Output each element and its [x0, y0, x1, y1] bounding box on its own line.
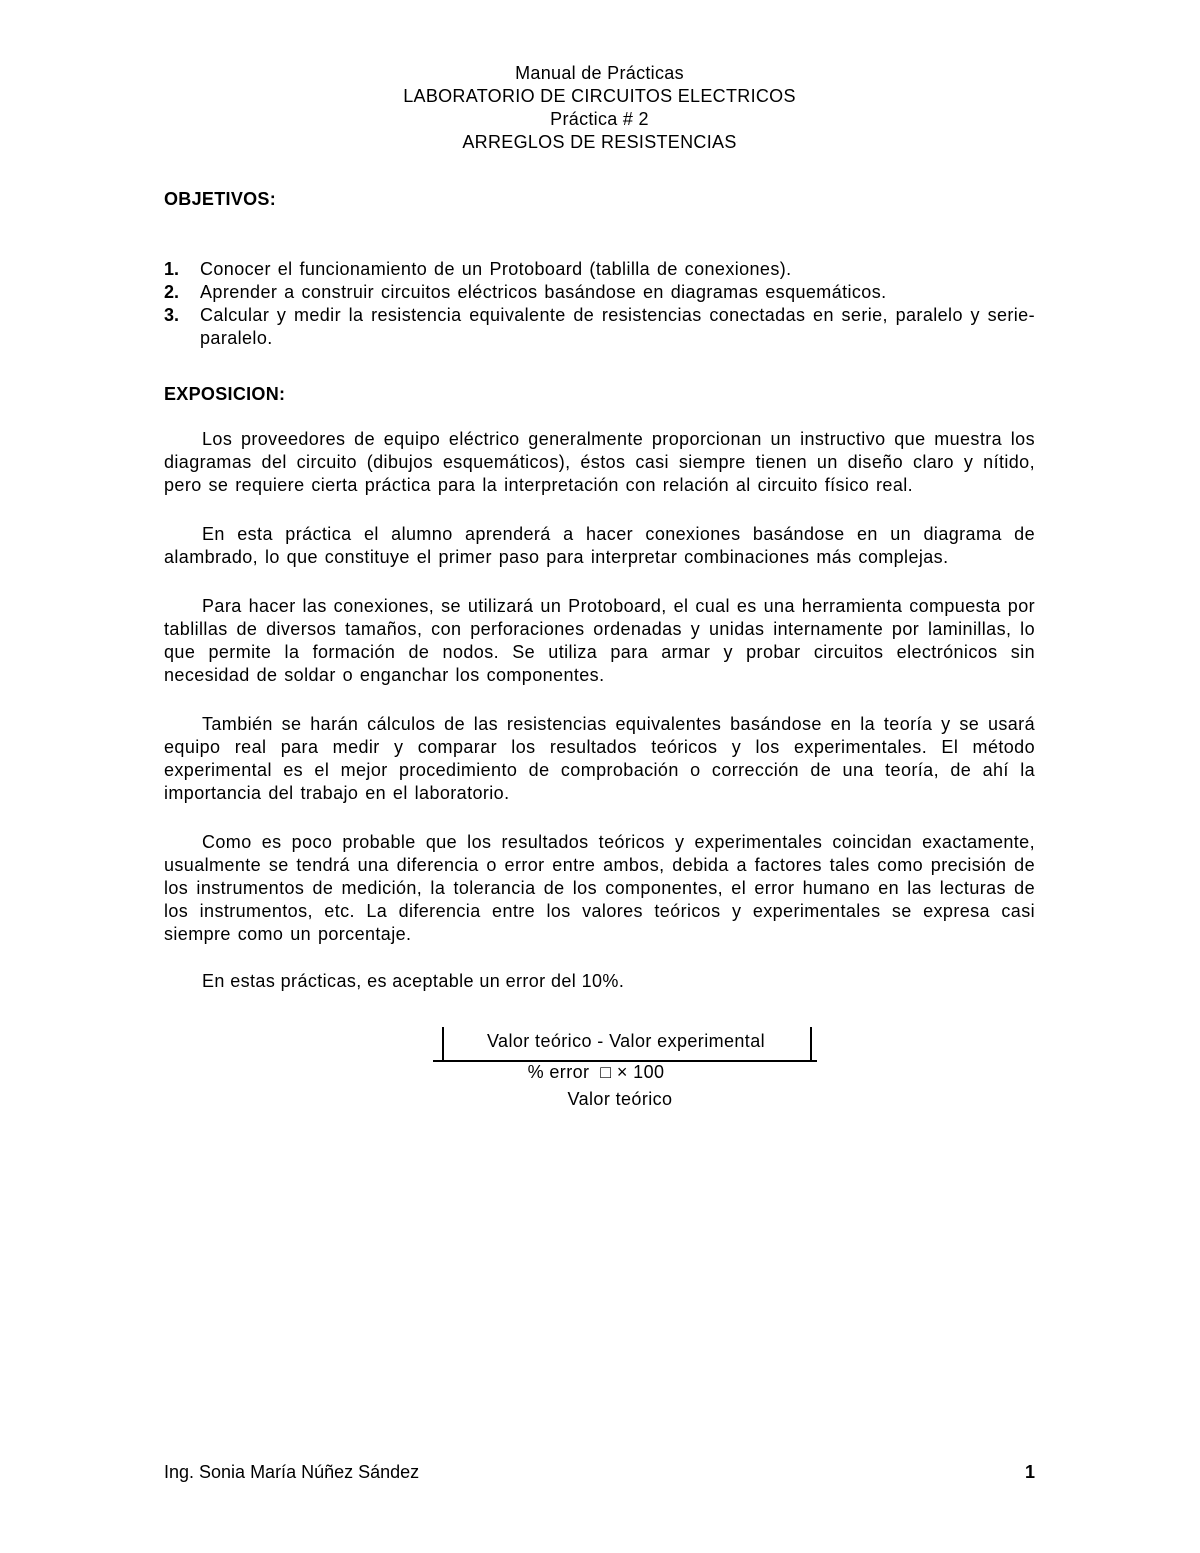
error-tolerance-note: En estas prácticas, es aceptable un erro…: [164, 970, 1035, 993]
page-footer: Ing. Sonia María Núñez Sández 1: [164, 1461, 1035, 1484]
formula-expression: % error □ × 100: [446, 1061, 746, 1084]
objetivos-heading: OBJETIVOS:: [164, 188, 1035, 211]
list-item-number: 2.: [164, 281, 200, 304]
list-item-text: Conocer el funcionamiento de un Protoboa…: [200, 258, 1035, 281]
absolute-value-bar-right: [810, 1027, 812, 1061]
document-content: Manual de Prácticas LABORATORIO DE CIRCU…: [164, 0, 1035, 1116]
exposicion-heading: EXPOSICION:: [164, 383, 1035, 406]
paragraph: Como es poco probable que los resultados…: [164, 831, 1035, 946]
paragraph: En esta práctica el alumno aprenderá a h…: [164, 523, 1035, 569]
paragraph: Para hacer las conexiones, se utilizará …: [164, 595, 1035, 687]
doc-title-line-3: Práctica # 2: [164, 108, 1035, 131]
doc-title-line-2: LABORATORIO DE CIRCUITOS ELECTRICOS: [164, 85, 1035, 108]
doc-title-line-1: Manual de Prácticas: [164, 62, 1035, 85]
document-title-block: Manual de Prácticas LABORATORIO DE CIRCU…: [164, 0, 1035, 154]
list-item: 3. Calcular y medir la resistencia equiv…: [164, 304, 1035, 350]
list-item: 2. Aprender a construir circuitos eléctr…: [164, 281, 1035, 304]
document-page: Manual de Prácticas LABORATORIO DE CIRCU…: [0, 0, 1200, 1553]
page-number: 1: [1025, 1461, 1035, 1484]
doc-title-line-4: ARREGLOS DE RESISTENCIAS: [164, 131, 1035, 154]
formula-numerator: Valor teórico - Valor experimental: [444, 1030, 808, 1053]
list-item: 1. Conocer el funcionamiento de un Proto…: [164, 258, 1035, 281]
paragraph: Los proveedores de equipo eléctrico gene…: [164, 428, 1035, 497]
footer-author: Ing. Sonia María Núñez Sández: [164, 1461, 419, 1484]
list-item-number: 1.: [164, 258, 200, 281]
formula-denominator: Valor teórico: [470, 1088, 770, 1111]
list-item-number: 3.: [164, 304, 200, 350]
list-item-text: Aprender a construir circuitos eléctrico…: [200, 281, 1035, 304]
objetivos-list: 1. Conocer el funcionamiento de un Proto…: [164, 258, 1035, 350]
paragraph: También se harán cálculos de las resiste…: [164, 713, 1035, 805]
percent-error-formula: Valor teórico - Valor experimental % err…: [164, 1026, 1035, 1116]
list-item-text: Calcular y medir la resistencia equivale…: [200, 304, 1035, 350]
